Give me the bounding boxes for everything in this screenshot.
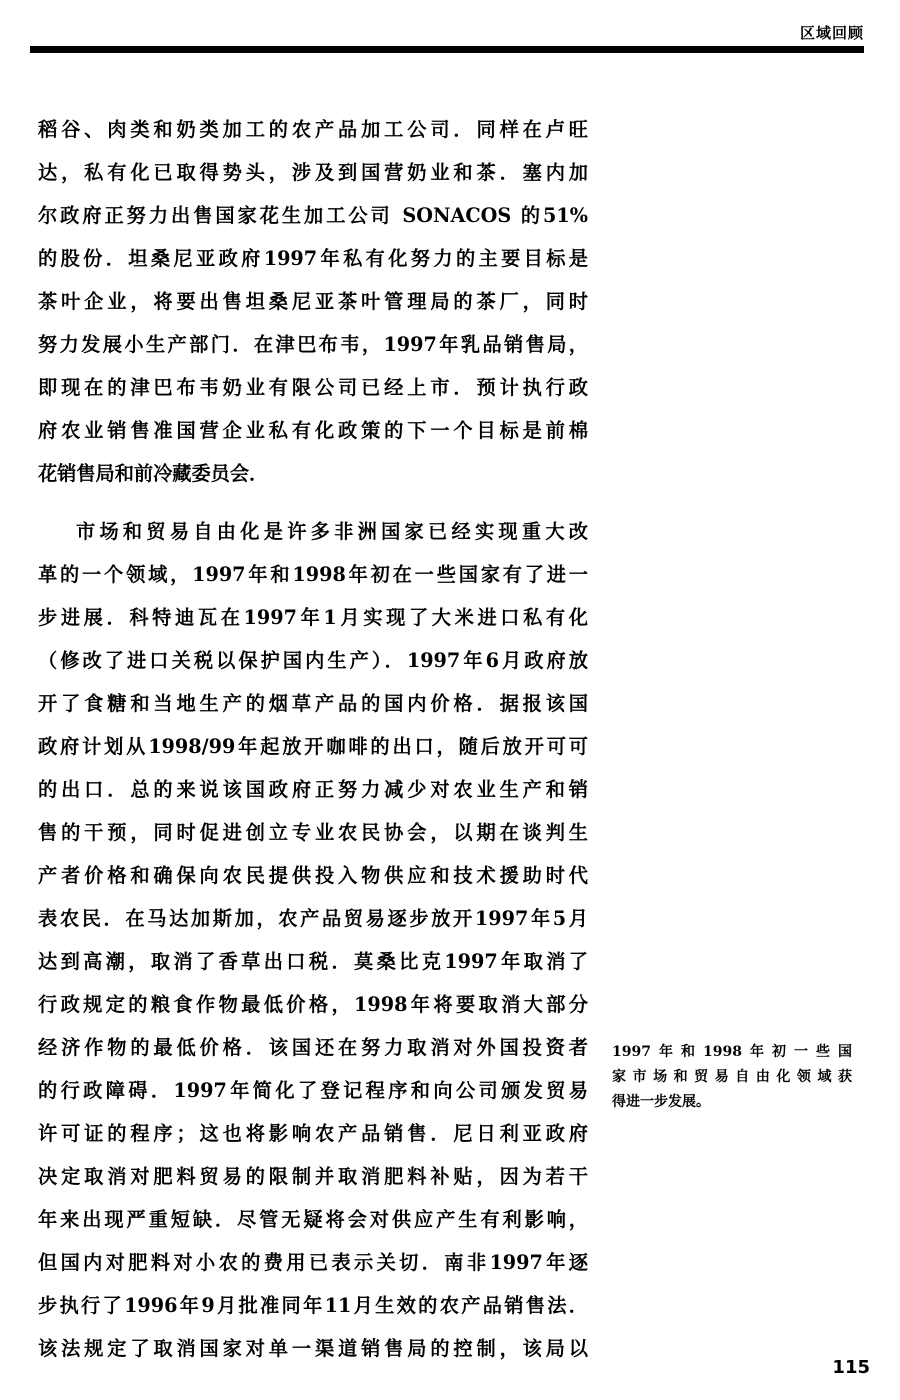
page-number: 115 [832,1357,870,1378]
text-line: 售的干预，同时促进创立专业农民协会，以期在谈判生 [38,811,588,854]
text-line: 政府计划从1998/99年起放开咖啡的出口，随后放开可可 [38,725,588,768]
text-line: （修改了进口关税以保护国内生产）．1997年6月政府放 [38,639,588,682]
main-text-column: 稻谷、肉类和奶类加工的农产品加工公司．同样在卢旺 达，私有化已取得势头，涉及到国… [38,108,588,1370]
text-line: 但国内对肥料对小农的费用已表示关切．南非1997年逐 [38,1241,588,1284]
text-line: 尔政府正努力出售国家花生加工公司 SONACOS 的51% [38,194,588,237]
text-line: 稻谷、肉类和奶类加工的农产品加工公司．同样在卢旺 [38,108,588,151]
margin-note-line: 1997年和1998年初一些国 [612,1040,852,1065]
text-line: 经济作物的最低价格．该国还在努力取消对外国投资者 [38,1026,588,1069]
text-line: 府农业销售准国营企业私有化政策的下一个目标是前棉 [38,409,588,452]
text-line: 该法规定了取消国家对单一渠道销售局的控制，该局以 [38,1327,588,1370]
text-line: 产者价格和确保向农民提供投入物供应和技术援助时代 [38,854,588,897]
text-line: 努力发展小生产部门．在津巴布韦，1997年乳品销售局， [38,323,588,366]
text-line: 年来出现严重短缺．尽管无疑将会对供应产生有利影响， [38,1198,588,1241]
text-line: 即现在的津巴布韦奶业有限公司已经上市．预计执行政 [38,366,588,409]
text-line: 决定取消对肥料贸易的限制并取消肥料补贴，因为若干 [38,1155,588,1198]
running-head: 区域回顾 [800,22,864,43]
margin-note-line: 得进一步发展。 [612,1090,852,1115]
header-rule [30,46,864,53]
text-line: 花销售局和前冷藏委员会． [38,452,588,495]
text-line: 达，私有化已取得势头，涉及到国营奶业和茶．塞内加 [38,151,588,194]
text-line: 茶叶企业，将要出售坦桑尼亚茶叶管理局的茶厂，同时 [38,280,588,323]
text-line: 表农民．在马达加斯加，农产品贸易逐步放开1997年5月 [38,897,588,940]
text-line: 达到高潮，取消了香草出口税．莫桑比克1997年取消了 [38,940,588,983]
margin-note-line: 家市场和贸易自由化领域获 [612,1065,852,1090]
text-line: 开了食糖和当地生产的烟草产品的国内价格．据报该国 [38,682,588,725]
text-line: 行政规定的粮食作物最低价格，1998年将要取消大部分 [38,983,588,1026]
text-line: 许可证的程序；这也将影响农产品销售．尼日利亚政府 [38,1112,588,1155]
text-line: 步执行了1996年9月批准同年11月生效的农产品销售法． [38,1284,588,1327]
paragraph-1: 稻谷、肉类和奶类加工的农产品加工公司．同样在卢旺 达，私有化已取得势头，涉及到国… [38,108,588,495]
margin-note: 1997年和1998年初一些国 家市场和贸易自由化领域获 得进一步发展。 [612,1040,852,1115]
paragraph-2: 市场和贸易自由化是许多非洲国家已经实现重大改 革的一个领域，1997年和1998… [38,510,588,1370]
text-line: 步进展．科特迪瓦在1997年1月实现了大米进口私有化 [38,596,588,639]
text-line: 革的一个领域，1997年和1998年初在一些国家有了进一 [38,553,588,596]
text-line: 的出口．总的来说该国政府正努力减少对农业生产和销 [38,768,588,811]
text-line: 市场和贸易自由化是许多非洲国家已经实现重大改 [38,510,588,553]
text-line: 的股份．坦桑尼亚政府1997年私有化努力的主要目标是 [38,237,588,280]
text-line: 的行政障碍．1997年简化了登记程序和向公司颁发贸易 [38,1069,588,1112]
